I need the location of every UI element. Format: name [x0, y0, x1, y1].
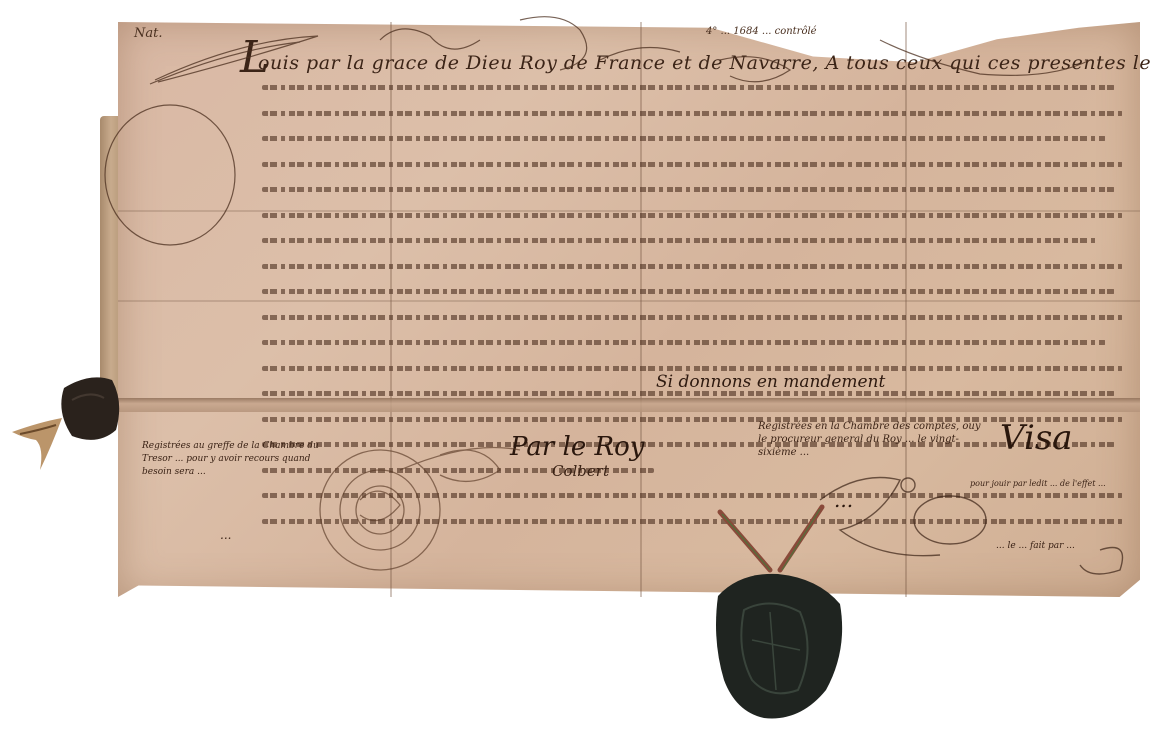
decorative-flourishes	[0, 0, 1151, 739]
left-wax-seal-icon	[12, 377, 119, 470]
bottom-wax-seal-icon	[716, 507, 842, 718]
